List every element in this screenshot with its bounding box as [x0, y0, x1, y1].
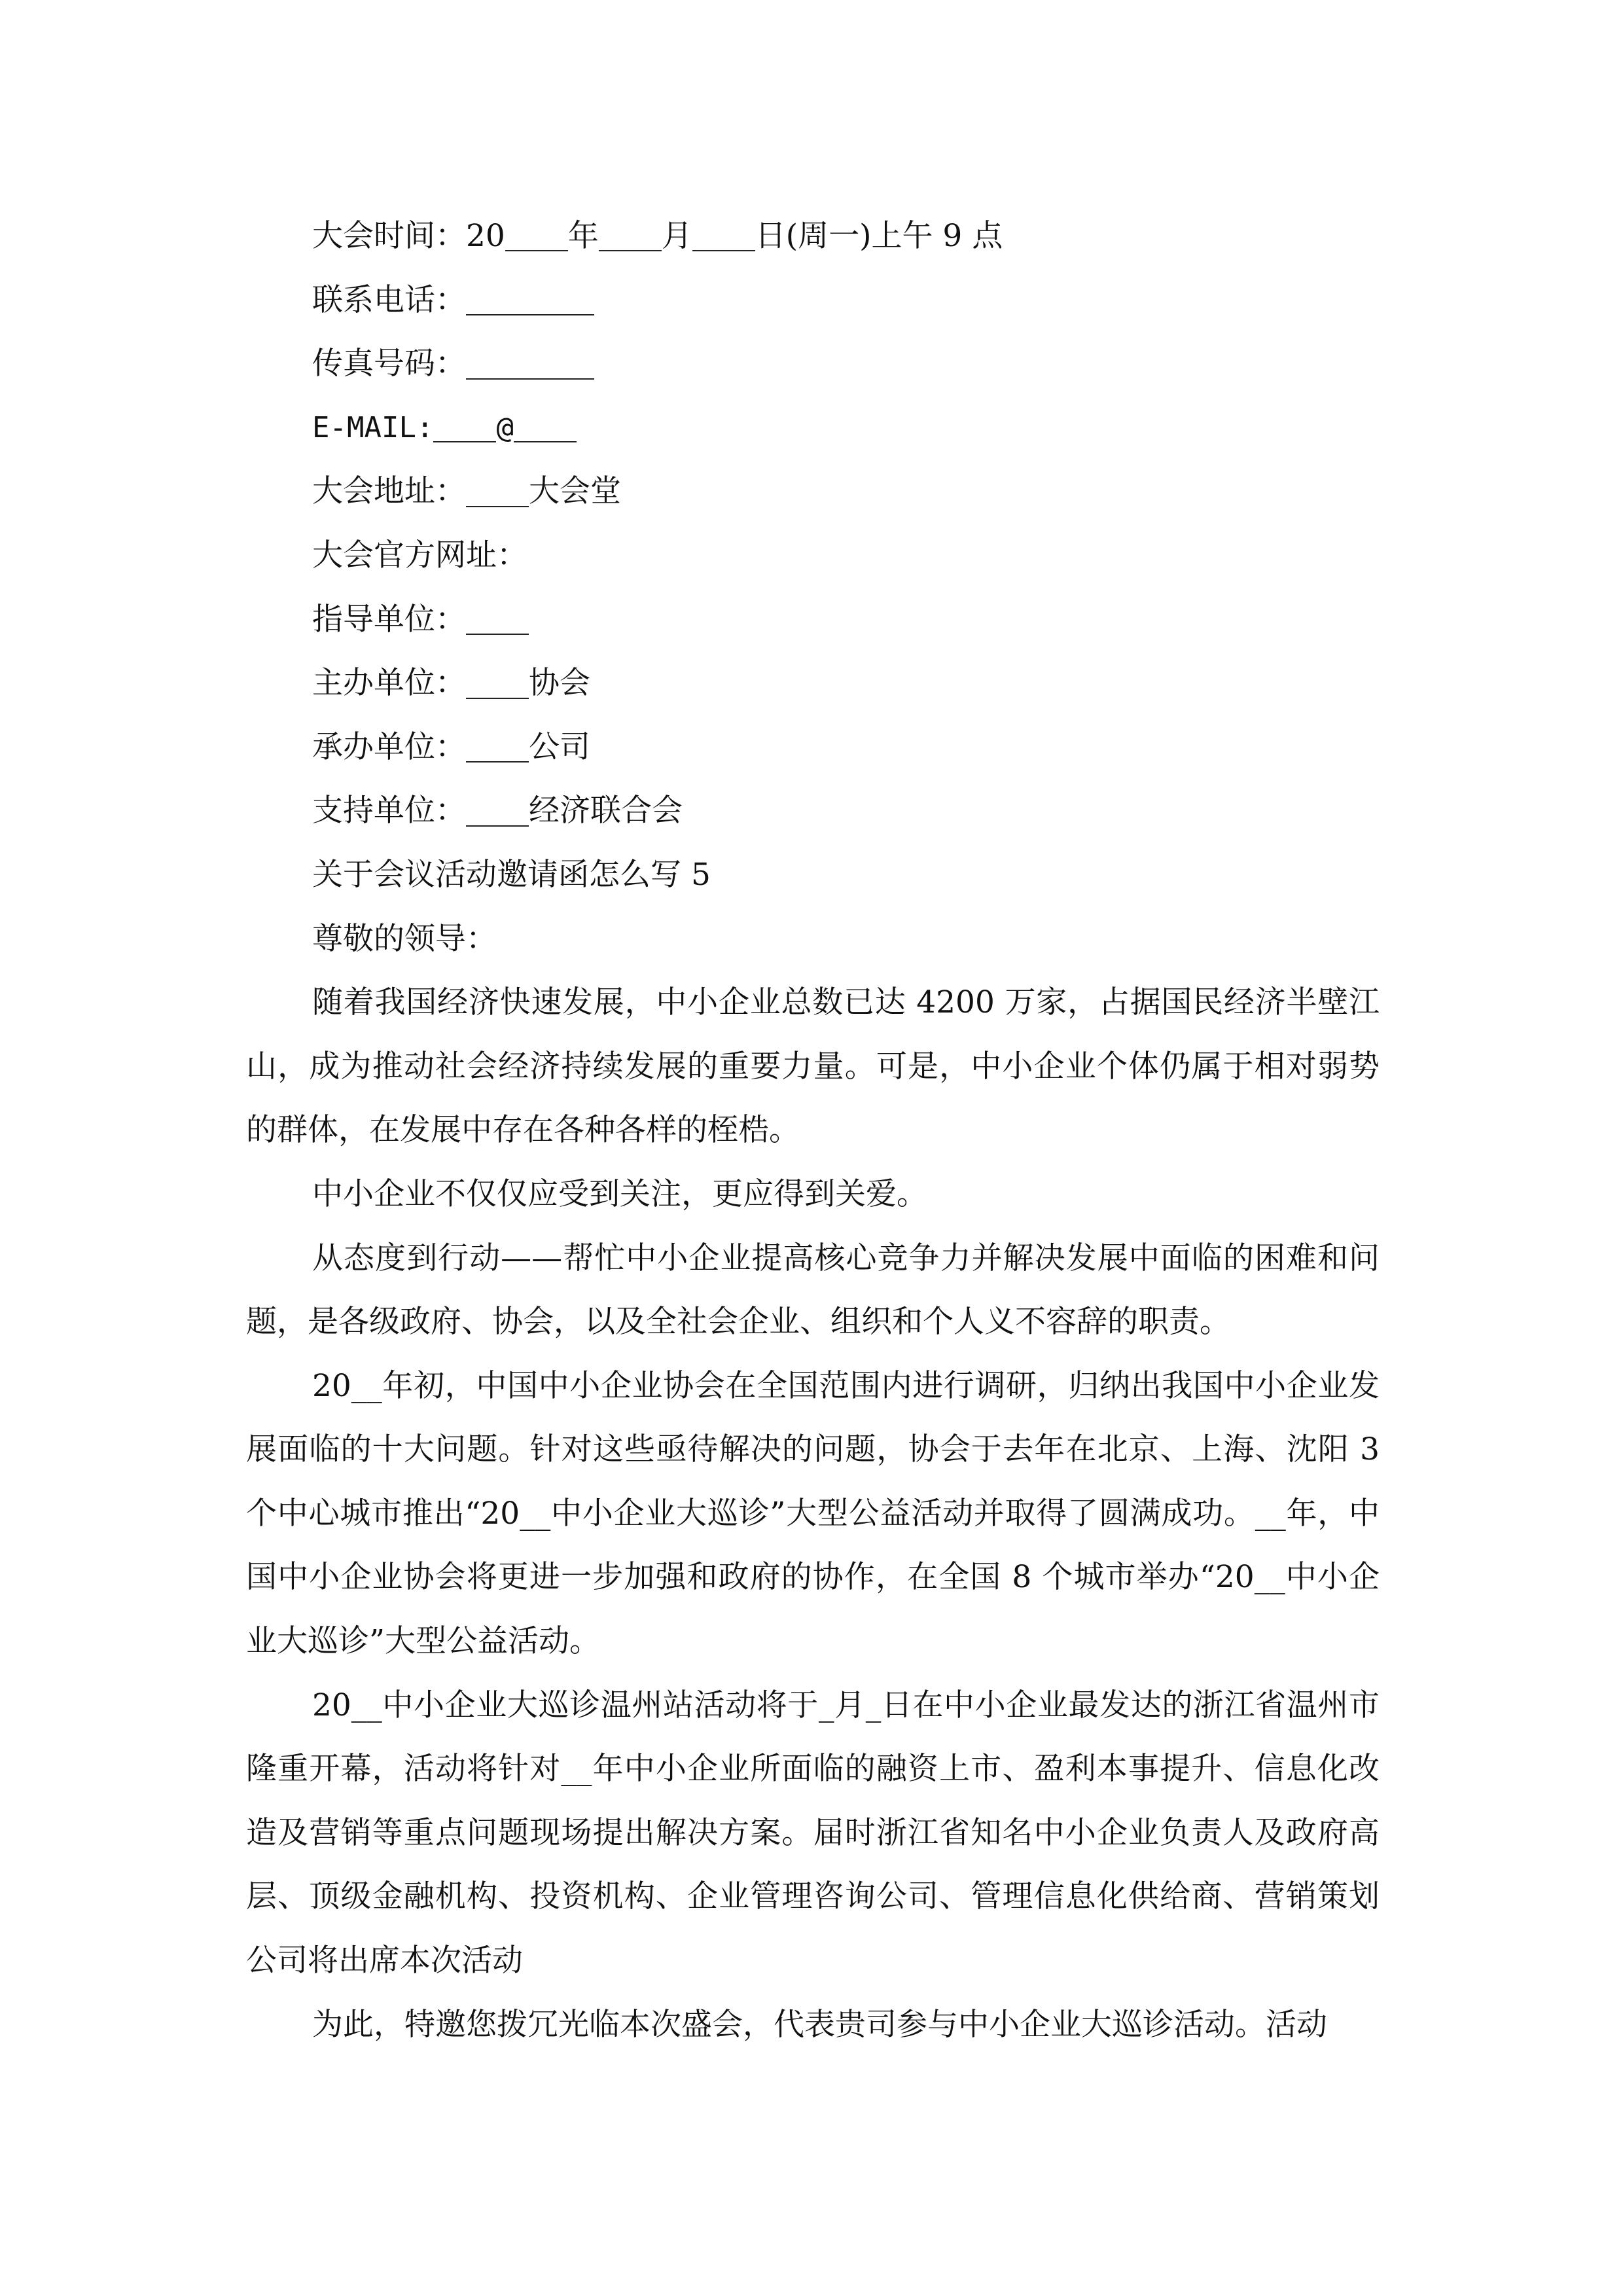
- blank-field: [505, 219, 568, 251]
- info-line-time: 大会时间：20年月日(周一)上午 9 点: [246, 204, 1380, 268]
- info-suffix: 公司: [529, 729, 590, 765]
- info-line-email: E-MAIL:@: [246, 396, 1380, 460]
- salutation: 尊敬的领导：: [246, 907, 1380, 971]
- paragraph: 随着我国经济快速发展，中小企业总数已达 4200 万家，占据国民经济半壁江山，成…: [246, 971, 1380, 1162]
- info-suffix: 大会堂: [529, 473, 621, 509]
- info-line-organizer: 承办单位：公司: [246, 715, 1380, 780]
- info-line-fax: 传真号码：: [246, 332, 1380, 396]
- info-suffix: 经济联合会: [529, 793, 683, 829]
- document-body: 大会时间：20年月日(周一)上午 9 点 联系电话： 传真号码： E-MAIL:…: [246, 204, 1380, 2056]
- info-line-guiding-unit: 指导单位：: [246, 588, 1380, 652]
- blank-field: [466, 795, 529, 827]
- info-line-host-unit: 主办单位：协会: [246, 651, 1380, 715]
- blank-field: [466, 348, 594, 380]
- info-line-phone: 联系电话：: [246, 268, 1380, 332]
- paragraph: 20__中小企业大巡诊温州站活动将于_月_日在中小企业最发达的浙江省温州市隆重开…: [246, 1674, 1380, 1993]
- blank-field: [433, 412, 496, 442]
- info-label: 大会地址：: [312, 473, 466, 509]
- blank-field: [466, 475, 529, 507]
- blank-field: [599, 219, 662, 251]
- info-suffix: 协会: [529, 665, 590, 701]
- year-prefix: 20: [466, 218, 505, 254]
- info-label: 主办单位：: [312, 665, 466, 701]
- info-label: 联系电话：: [312, 282, 466, 318]
- paragraph: 从态度到行动——帮忙中小企业提高核心竞争力并解决发展中面临的困难和问题，是各级政…: [246, 1227, 1380, 1354]
- info-label: 承办单位：: [312, 729, 466, 765]
- blank-field: [466, 603, 529, 635]
- info-label: 支持单位：: [312, 793, 466, 829]
- blank-field: [466, 283, 594, 315]
- blank-field: [466, 730, 529, 762]
- info-label: 大会时间：: [312, 218, 466, 254]
- month-unit: 月: [662, 218, 692, 254]
- blank-field: [692, 219, 755, 251]
- blank-field: [466, 667, 529, 699]
- paragraph: 20__年初，中国中小企业协会在全国范围内进行调研，归纳出我国中小企业发展面临的…: [246, 1354, 1380, 1674]
- year-unit: 年: [568, 218, 599, 254]
- blank-field: [514, 412, 577, 442]
- info-label: 传真号码：: [312, 346, 466, 382]
- document-page: 大会时间：20年月日(周一)上午 9 点 联系电话： 传真号码： E-MAIL:…: [0, 0, 1623, 2296]
- info-label: E-MAIL:: [312, 411, 433, 444]
- section-title: 关于会议活动邀请函怎么写 5: [246, 843, 1380, 907]
- info-label: 大会官方网址：: [312, 537, 527, 573]
- paragraph: 中小企业不仅仅应受到关注，更应得到关爱。: [246, 1162, 1380, 1227]
- info-label: 指导单位：: [312, 601, 466, 637]
- info-line-website: 大会官方网址：: [246, 524, 1380, 588]
- paragraph: 为此，特邀您拨冗光临本次盛会，代表贵司参与中小企业大巡诊活动。活动: [246, 1993, 1380, 2057]
- info-line-supporter: 支持单位：经济联合会: [246, 779, 1380, 843]
- day-time-text: 日(周一)上午 9 点: [755, 218, 1003, 254]
- info-line-address: 大会地址：大会堂: [246, 459, 1380, 524]
- at-sign: @: [496, 411, 514, 444]
